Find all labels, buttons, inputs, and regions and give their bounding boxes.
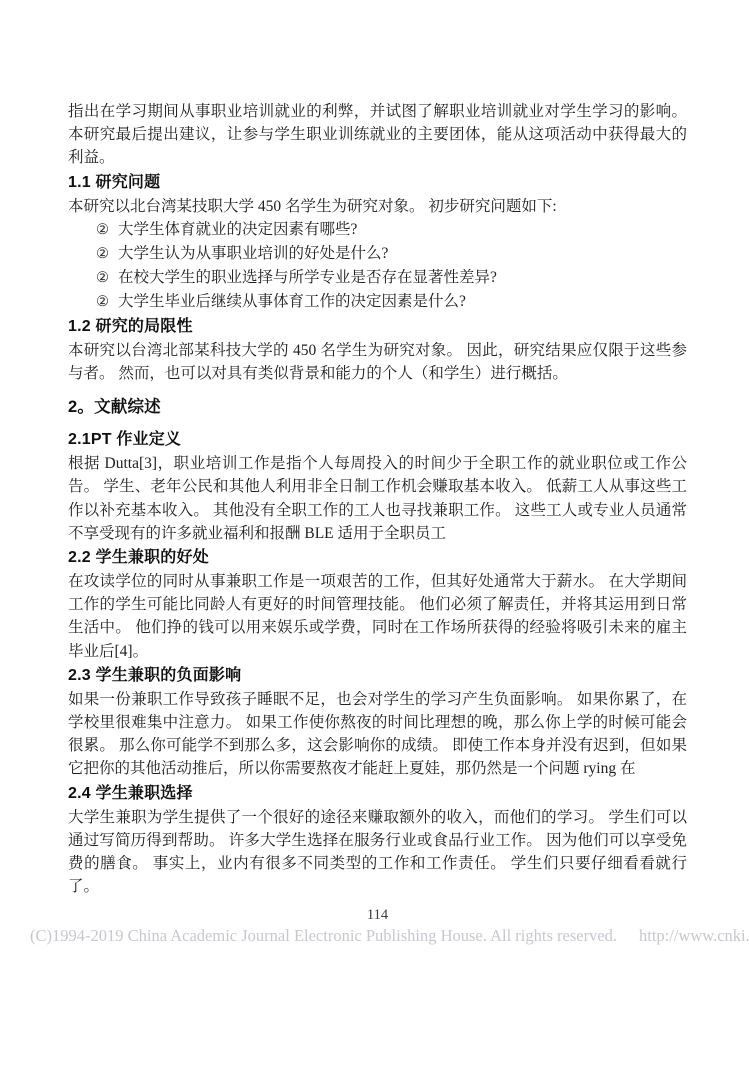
heading-2-3: 2.3 学生兼职的负面影响 (68, 664, 687, 688)
paragraph-2-4: 大学生兼职为学生提供了一个很好的途径来赚取额外的收入，而他们的学习。 学生们可以… (68, 806, 687, 899)
paragraph-2-1: 根据 Dutta[3]，职业培训工作是指个人每周投入的时间少于全职工作的就业职位… (68, 452, 687, 545)
paragraph-1-1: 本研究以北台湾某技职大学 450 名学生为研究对象。 初步研究问题如下: (68, 195, 687, 218)
question-text: 在校大学生的职业选择与所学专业是否存在显著性差异? (118, 269, 497, 286)
heading-2-4: 2.4 学生兼职选择 (68, 782, 687, 806)
copyright-notice: (C)1994-2019 China Academic Journal Elec… (30, 926, 749, 946)
question-item: ②在校大学生的职业选择与所学专业是否存在显著性差异? (96, 266, 687, 290)
circled-number-icon: ② (96, 291, 109, 314)
question-text: 大学生认为从事职业培训的好处是什么? (118, 245, 388, 262)
heading-2-1: 2.1PT 作业定义 (68, 428, 687, 452)
question-item: ②大学生认为从事职业培训的好处是什么? (96, 242, 687, 266)
heading-1-2: 1.2 研究的局限性 (68, 315, 687, 339)
circled-number-icon: ② (96, 219, 109, 242)
copyright-text: (C)1994-2019 China Academic Journal Elec… (30, 926, 617, 945)
circled-number-icon: ② (96, 267, 109, 290)
heading-1-1: 1.1 研究问题 (68, 171, 687, 195)
heading-2-2: 2.2 学生兼职的好处 (68, 546, 687, 570)
paragraph-1-2: 本研究以台湾北部某科技大学的 450 名学生为研究对象。 因此，研究结果应仅限于… (68, 339, 687, 385)
question-item: ②大学生体育就业的决定因素有哪些? (96, 218, 687, 242)
research-question-list: ②大学生体育就业的决定因素有哪些? ②大学生认为从事职业培训的好处是什么? ②在… (68, 218, 687, 314)
intro-paragraph: 指出在学习期间从事职业培训就业的利弊，并试图了解职业培训就业对学生学习的影响。 … (68, 100, 687, 170)
cnki-url-text: http://www.cnki. (639, 926, 749, 945)
paragraph-2-3: 如果一份兼职工作导致孩子睡眠不足，也会对学生的学习产生负面影响。 如果你累了，在… (68, 688, 687, 781)
heading-2: 2。文献综述 (68, 395, 687, 420)
question-text: 大学生体育就业的决定因素有哪些? (118, 221, 357, 238)
page-footer: 114 (C)1994-2019 China Academic Journal … (68, 907, 687, 946)
page-number: 114 (68, 907, 687, 924)
page-content: 指出在学习期间从事职业培训就业的利弊，并试图了解职业培训就业对学生学习的影响。 … (0, 0, 749, 946)
question-item: ②大学生毕业后继续从事体育工作的决定因素是什么? (96, 290, 687, 314)
question-text: 大学生毕业后继续从事体育工作的决定因素是什么? (118, 293, 466, 310)
circled-number-icon: ② (96, 243, 109, 266)
paragraph-2-2: 在攻读学位的同时从事兼职工作是一项艰苦的工作，但其好处通常大于薪水。 在大学期间… (68, 570, 687, 663)
journal-page: 指出在学习期间从事职业培训就业的利弊，并试图了解职业培训就业对学生学习的影响。 … (0, 0, 749, 1080)
